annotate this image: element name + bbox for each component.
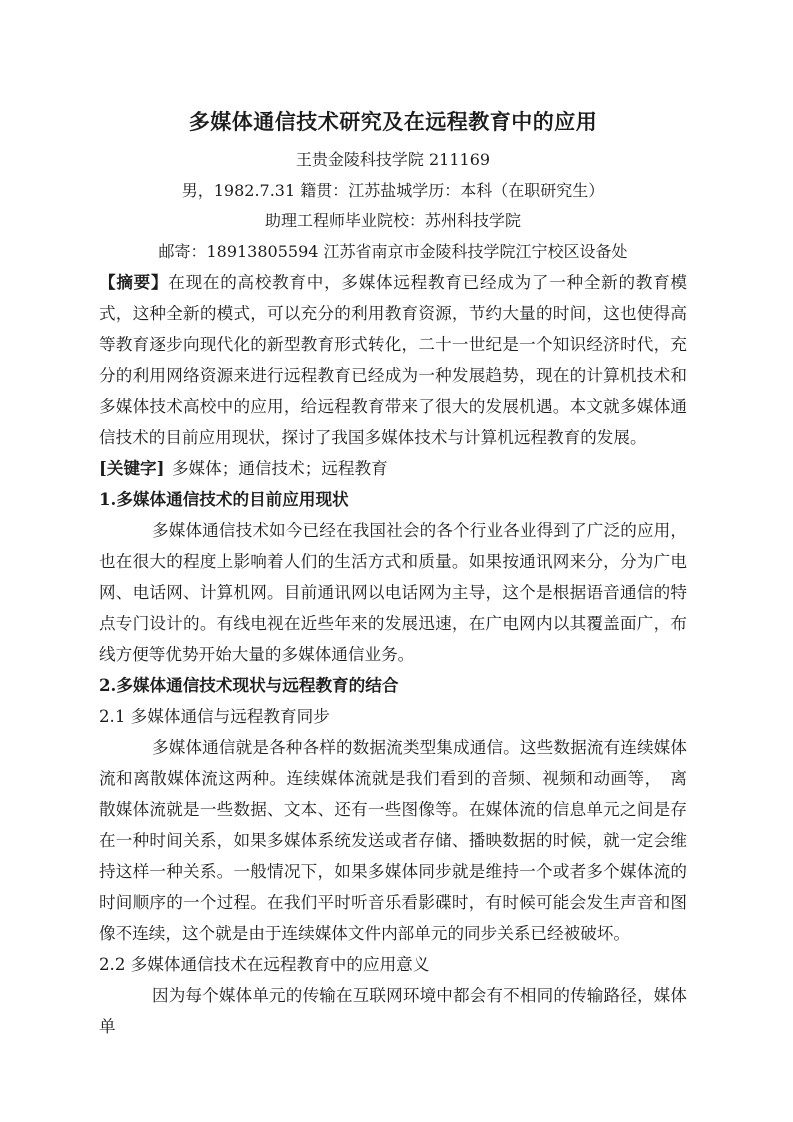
- document-page: 多媒体通信技术研究及在远程教育中的应用 王贵金陵科技学院 211169 男，19…: [0, 0, 793, 1122]
- subsection-2-2-heading: 2.2 多媒体通信技术在远程教育中的应用意义: [99, 949, 687, 980]
- author-byline: 王贵金陵科技学院 211169: [99, 145, 687, 176]
- abstract-paragraph: 【摘要】在现在的高校教育中，多媒体远程教育已经成为了一种全新的教育模式，这种全新…: [99, 267, 687, 453]
- author-info-line: 男，1982.7.31 籍贯：江苏盐城学历：本科（在职研究生）: [99, 176, 687, 207]
- document-content: 多媒体通信技术研究及在远程教育中的应用 王贵金陵科技学院 211169 男，19…: [99, 99, 687, 1042]
- section-1-paragraph: 多媒体通信技术如今已经在我国社会的各个行业各业得到了广泛的应用，也在很大的程度上…: [99, 515, 687, 670]
- subsection-2-1-heading: 2.1 多媒体通信与远程教育同步: [99, 701, 687, 732]
- keywords-label: [关键字]: [99, 458, 164, 478]
- subsection-2-2-paragraph: 因为每个媒体单元的传输在互联网环境中都会有不相同的传输路径，媒体单: [99, 980, 687, 1042]
- keywords-line: [关键字]多媒体；通信技术；远程教育: [99, 453, 687, 484]
- keywords-text: 多媒体；通信技术；远程教育: [172, 459, 388, 478]
- document-title: 多媒体通信技术研究及在远程教育中的应用: [99, 99, 687, 145]
- section-2-heading: 2.多媒体通信技术现状与远程教育的结合: [99, 670, 687, 701]
- author-contact-line: 邮寄：18913805594 江苏省南京市金陵科技学院江宁校区设备处: [99, 237, 687, 268]
- section-1-heading: 1.多媒体通信技术的目前应用现状: [99, 484, 687, 515]
- subsection-2-1-paragraph: 多媒体通信就是各种各样的数据流类型集成通信。这些数据流有连续媒体流和离散媒体流这…: [99, 732, 687, 949]
- author-education-line: 助理工程师毕业院校：苏州科技学院: [99, 206, 687, 237]
- abstract-label: 【摘要】: [99, 272, 168, 292]
- abstract-text: 在现在的高校教育中，多媒体远程教育已经成为了一种全新的教育模式，这种全新的模式，…: [99, 273, 687, 447]
